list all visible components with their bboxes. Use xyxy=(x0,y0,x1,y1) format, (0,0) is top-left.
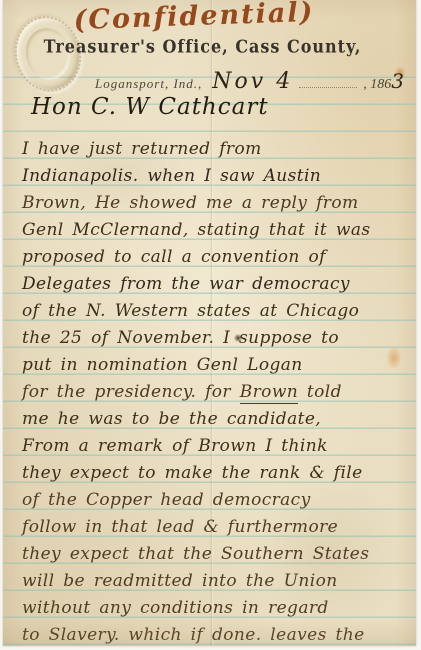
letter-line: Brown, He showed me a reply from xyxy=(22,190,406,217)
confidential-note: (Confidential) xyxy=(61,0,328,37)
letter-line: they expect to make the rank & file xyxy=(22,460,406,487)
letter-body: I have just returned from Indianapolis. … xyxy=(22,136,406,649)
letterhead-office: Treasurer's Office, Cass County, xyxy=(3,36,402,57)
letter-line: to Slavery. which if done. leaves the xyxy=(22,622,406,649)
handwritten-date: Nov 4 xyxy=(212,69,293,94)
letter-line: Indianapolis. when I saw Austin xyxy=(22,163,406,190)
letter-line: put in nomination Genl Logan xyxy=(22,352,406,379)
underlined-word: Brown xyxy=(240,382,298,404)
letter-line: me he was to be the candidate, xyxy=(22,406,406,433)
letter-line: of the N. Western states at Chicago xyxy=(22,298,406,325)
letter-line: From a remark of Brown I think xyxy=(22,433,406,460)
letter-line: they expect that the Southern States xyxy=(22,541,406,568)
letter-line: Delegates from the war democracy xyxy=(22,271,406,298)
letterhead-dateline: Logansport, Ind., Nov 4 , 186 3 xyxy=(95,69,404,94)
letter-line: follow in that lead & furthermore xyxy=(22,514,406,541)
letter-line: the 25 of November. I suppose to xyxy=(22,325,406,352)
letter-line: Genl McClernand, stating that it was xyxy=(22,217,406,244)
handwritten-year-digit: 3 xyxy=(391,69,404,93)
letter-line: of the Copper head democracy xyxy=(22,487,406,514)
salutation: Hon C. W Cathcart xyxy=(31,94,269,120)
letter-line: without any conditions in regard xyxy=(22,595,406,622)
scanned-letter: (Confidential) Treasurer's Office, Cass … xyxy=(0,0,421,650)
date-dotted-line xyxy=(299,87,357,88)
letter-line: for the presidency. for Brown told xyxy=(22,379,406,406)
printed-year-prefix: , 186 xyxy=(363,77,391,93)
paper-sheet: (Confidential) Treasurer's Office, Cass … xyxy=(3,0,416,646)
letter-line: will be readmitted into the Union xyxy=(22,568,406,595)
letter-line: I have just returned from xyxy=(22,136,406,163)
letter-line-text: for the presidency. for xyxy=(22,382,240,402)
letter-line: proposed to call a convention of xyxy=(22,244,406,271)
letter-line-text: told xyxy=(298,382,342,402)
letterhead-place: Logansport, Ind., xyxy=(95,76,202,92)
